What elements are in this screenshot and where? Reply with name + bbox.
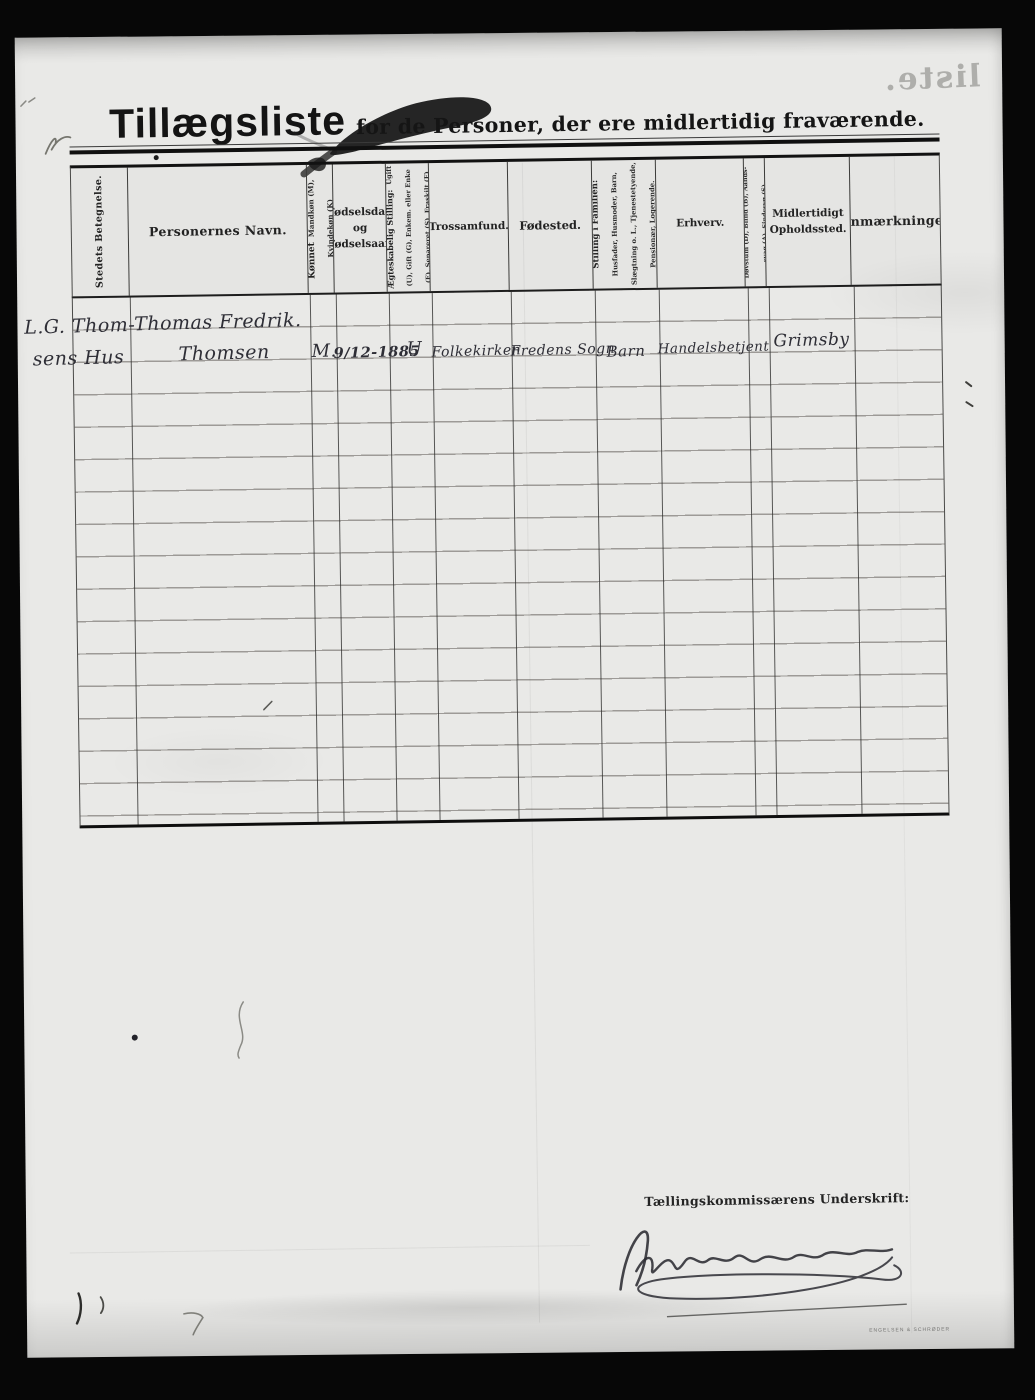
column-line (595, 291, 604, 818)
column-line (432, 293, 441, 820)
census-table: Stedets Betegnelse. Personernes Navn. Kø… (70, 153, 950, 829)
check-mark (262, 698, 276, 712)
commissioner-signature (595, 1205, 927, 1330)
column-line (389, 294, 398, 821)
header-label: Stilling i Familien: (592, 180, 602, 269)
corner-marks (73, 1291, 122, 1332)
column-line (310, 295, 319, 822)
header-label: Trossamfund. (429, 218, 509, 235)
column-header-stedets-betegnelse: Stedets Betegnelse. (71, 168, 130, 297)
page-content: liste. Tillægsliste for de Personer, der… (12, 26, 1018, 1360)
column-header-trossamfund: Trossamfund. (429, 162, 510, 291)
paper-sheet: liste. Tillægsliste for de Personer, der… (15, 28, 1015, 1357)
column-header-erhverv: Erhverv. (655, 158, 746, 287)
column-line (659, 290, 668, 817)
header-label: Ægteskabelig Stilling: (386, 190, 395, 289)
table-header-row: Stedets Betegnelse. Personernes Navn. Kø… (70, 153, 942, 299)
header-label: Erhverv. (676, 215, 724, 232)
column-header-fodselsdag: Fødselsdag og Fødselsaar. (333, 164, 388, 293)
column-line (130, 298, 139, 825)
header-label: Fødested. (519, 218, 581, 233)
edge-marks (963, 378, 976, 412)
header-sublabel: Husfader, Husmoder, Barn, Slægtning o. L… (610, 163, 657, 286)
header-label: Personernes Navn. (149, 222, 287, 239)
printer-imprint: ENGELSEN & SCHRØDER (869, 1327, 950, 1334)
header-label: Stedets Betegnelse. (93, 175, 106, 288)
header-label: Fødselsdag og Fødselsaar. (333, 203, 388, 253)
column-header-konnet: Kønnet Mandkøn (M), Kvindekøn (K) (307, 165, 335, 293)
pencil-dashes (19, 94, 39, 110)
column-header-personernes-navn: Personernes Navn. (128, 165, 309, 296)
ink-dot (154, 155, 159, 160)
ink-dot (132, 1035, 138, 1041)
pencil-scribble (41, 125, 75, 158)
header-label: Kønnet (307, 242, 317, 279)
column-line (748, 288, 757, 815)
column-header-stilling-i-familien: Stilling i Familien: Husfader, Husmoder,… (592, 160, 658, 289)
fold-line (70, 1245, 590, 1254)
pencil-curve (229, 1000, 252, 1060)
column-header-dovstum: Døvstum (D), Blind (B), Aands- svag (A),… (744, 158, 767, 286)
column-header-midlertidigt-opholdssted: Midlertidigt Opholdssted. (765, 157, 852, 286)
column-line (336, 294, 345, 821)
column-header-aegteskabelig-stilling: Ægteskabelig Stilling: Ugift (U), Gift (… (386, 163, 431, 292)
pencil-mark (181, 1310, 207, 1338)
column-line (854, 287, 863, 814)
table-body (72, 286, 950, 829)
column-line (511, 292, 520, 819)
header-label: Døvstum (D), Blind (B), Aands- svag (A),… (744, 167, 767, 279)
column-header-fodested: Fødested. (508, 161, 594, 290)
header-label: Midlertidigt Opholdssted. (769, 205, 846, 239)
column-line (769, 288, 778, 815)
scanned-census-page: liste. Tillægsliste for de Personer, der… (0, 0, 1035, 1400)
